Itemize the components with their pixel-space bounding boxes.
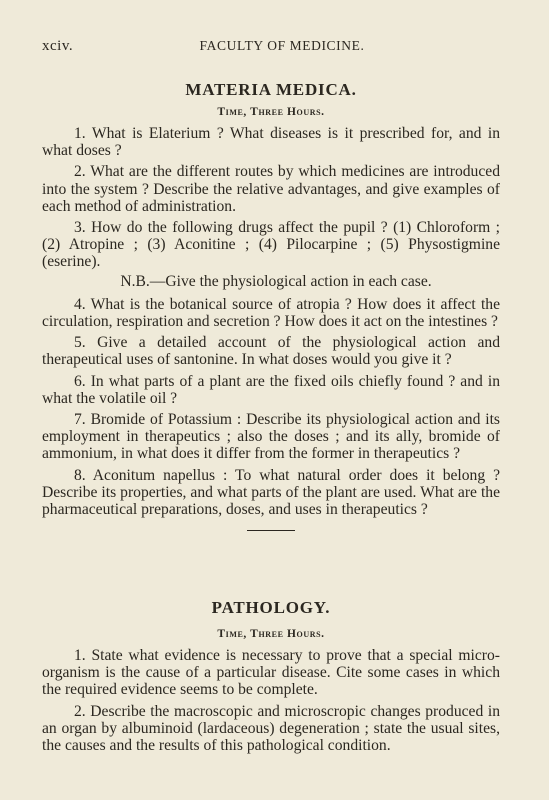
section-title: PATHOLOGY. xyxy=(42,597,500,619)
question-4: 4. What is the botanical source of atrop… xyxy=(42,296,500,330)
section-pathology: PATHOLOGY. Time, Three Hours. 1. State w… xyxy=(42,597,500,758)
section-title: MATERIA MEDICA. xyxy=(42,79,500,101)
time-allowed: Time, Three Hours. xyxy=(42,623,500,645)
question-6: 6. In what parts of a plant are the fixe… xyxy=(42,373,500,407)
document-page: xciv. FACULTY OF MEDICINE. MATERIA MEDIC… xyxy=(0,0,549,800)
question-3: 3. How do the following drugs affect the… xyxy=(42,219,500,271)
question-7: 7. Bromide of Potassium : Describe its p… xyxy=(42,411,500,463)
time-allowed: Time, Three Hours. xyxy=(42,101,500,123)
section-materia-medica: MATERIA MEDICA. Time, Three Hours. 1. Wh… xyxy=(42,79,500,531)
question-5: 5. Give a detailed account of the physio… xyxy=(42,334,500,368)
question-1: 1. What is Elaterium ? What diseases is … xyxy=(42,125,500,159)
question-2: 2. What are the different routes by whic… xyxy=(42,163,500,215)
note-nb: N.B.—Give the physiological action in ea… xyxy=(42,273,500,290)
running-title: FACULTY OF MEDICINE. xyxy=(42,38,502,54)
question-8: 8. Aconitum napellus : To what natural o… xyxy=(42,467,500,519)
section-divider xyxy=(247,530,295,531)
question-1: 1. State what evidence is necessary to p… xyxy=(42,647,500,699)
question-2: 2. Describe the macroscopic and microscr… xyxy=(42,703,500,755)
running-head: xciv. FACULTY OF MEDICINE. xyxy=(42,38,502,58)
